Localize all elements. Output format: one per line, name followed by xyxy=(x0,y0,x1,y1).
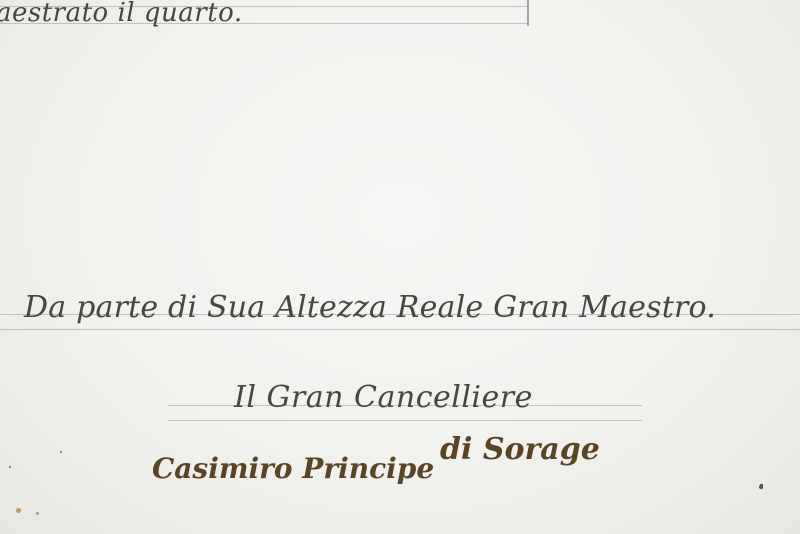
document-page: aestrato il quarto. Da parte di Sua Alte… xyxy=(0,0,800,534)
title-rule-2 xyxy=(168,420,642,421)
paper-speck xyxy=(9,466,11,468)
dedication-line-text: Da parte di Sua Altezza Reale Gran Maest… xyxy=(24,290,716,325)
top-box-border xyxy=(527,0,529,26)
signature-name-part2: di Sorage xyxy=(440,432,600,467)
top-line-text: aestrato il quarto. xyxy=(0,0,243,28)
dedication-rule-2 xyxy=(0,329,800,330)
paper-speck xyxy=(760,484,763,487)
signature-name-part1: Casimiro Principe xyxy=(152,452,434,485)
paper-speck xyxy=(36,512,39,515)
paper-speck xyxy=(60,451,62,453)
paper-speck xyxy=(16,508,21,513)
title-line-text: Il Gran Cancelliere xyxy=(234,380,533,415)
